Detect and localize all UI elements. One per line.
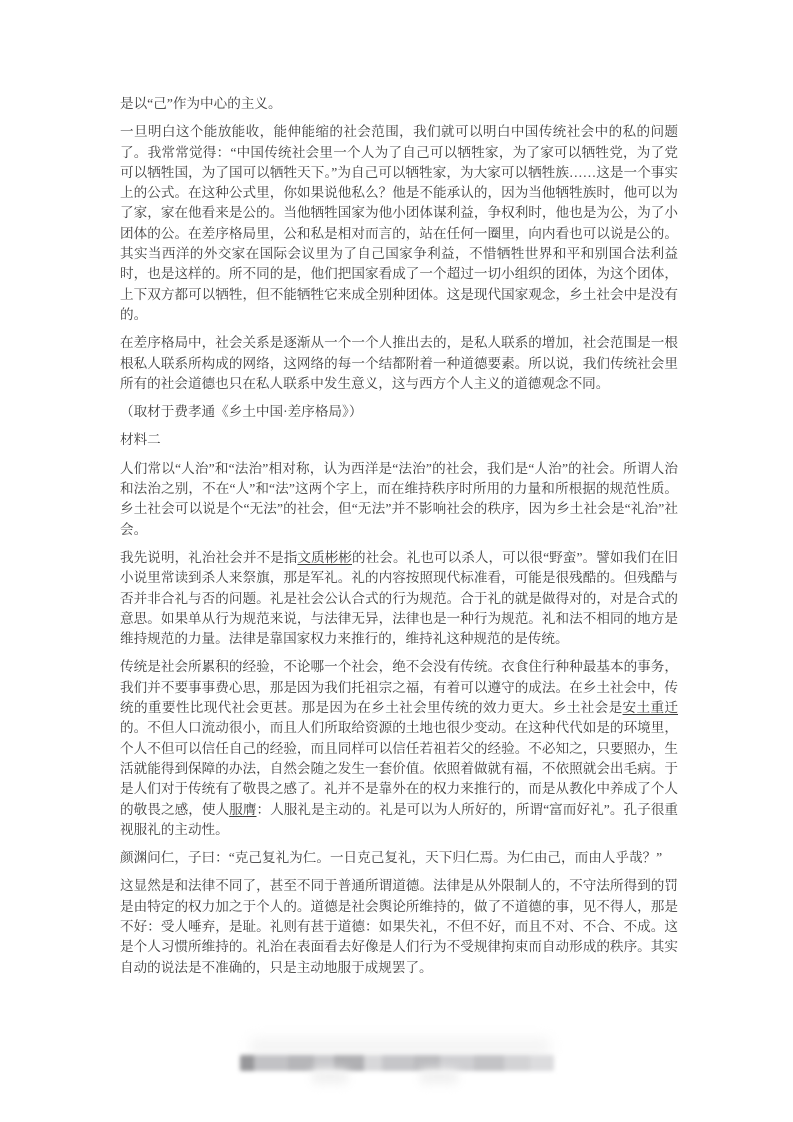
watermark-smudge: [420, 1069, 458, 1084]
text-segment: （取材于费孝通《乡土中国·差序格局》）: [120, 404, 362, 419]
paragraph: 这显然是和法律不同了，甚至不同于普通所谓道德。法律是从外限制人的，不守法所得到的…: [120, 876, 678, 977]
watermark-segment: [240, 1055, 254, 1071]
paragraph: 在差序格局中，社会关系是逐渐从一个一个人推出去的，是私人联系的增加，社会范围是一…: [120, 333, 678, 394]
attribution: （取材于费孝通《乡土中国·差序格局》）: [120, 402, 678, 422]
text-segment: 是以“己”作为中心的主义。: [120, 96, 282, 111]
material-heading: 材料二: [120, 430, 678, 450]
watermark-halo: [250, 1038, 550, 1056]
watermark-segment: [504, 1055, 530, 1071]
paragraph: 是以“己”作为中心的主义。: [120, 94, 678, 114]
watermark-segment: [382, 1055, 414, 1071]
text-segment: 一旦明白这个能放能收，能伸能缩的社会范围，我们就可以明白中国传统社会中的私的问题…: [120, 124, 678, 322]
underlined-term: 安土重迁: [623, 700, 678, 715]
redacted-watermark: [240, 1055, 554, 1071]
underlined-term: 服膺: [229, 802, 256, 817]
text-segment: 颜渊问仁，子曰：“克己复礼为仁。一日克己复礼，天下归仁焉。为仁由己，而由人乎哉？…: [120, 850, 662, 865]
watermark-segment: [474, 1055, 504, 1071]
watermark-segment: [254, 1055, 288, 1071]
watermark-segment: [288, 1055, 314, 1071]
paragraph: 一旦明白这个能放能收，能伸能缩的社会范围，我们就可以明白中国传统社会中的私的问题…: [120, 122, 678, 325]
text-segment: 人们常以“人治”和“法治”相对称，认为西洋是“法治”的社会，我们是“人治”的社会…: [120, 461, 678, 537]
watermark-smudge: [312, 1069, 348, 1084]
underlined-term: 文质彬彬: [297, 550, 352, 565]
text-segment: 在差序格局中，社会关系是逐渐从一个一个人推出去的，是私人联系的增加，社会范围是一…: [120, 335, 678, 391]
document-page: 是以“己”作为中心的主义。一旦明白这个能放能收，能伸能缩的社会范围，我们就可以明…: [0, 0, 793, 1122]
paragraph: 我先说明，礼治社会并不是指文质彬彬的社会。礼也可以杀人，可以很“野蛮”。譬如我们…: [120, 548, 678, 649]
document-content: 是以“己”作为中心的主义。一旦明白这个能放能收，能伸能缩的社会范围，我们就可以明…: [120, 94, 678, 986]
paragraph: 颜渊问仁，子曰：“克己复礼为仁。一日克己复礼，天下归仁焉。为仁由己，而由人乎哉？…: [120, 848, 678, 868]
text-segment: 我先说明，礼治社会并不是指: [120, 550, 297, 565]
text-segment: 这显然是和法律不同了，甚至不同于普通所谓道德。法律是从外限制人的，不守法所得到的…: [120, 878, 678, 974]
text-segment: 传统是社会所累积的经验，不论哪一个社会，绝不会没有传统。衣食住行种种最基本的事务…: [120, 659, 678, 715]
watermark-segment: [530, 1055, 554, 1071]
watermark-segment: [364, 1055, 382, 1071]
paragraph: 人们常以“人治”和“法治”相对称，认为西洋是“法治”的社会，我们是“人治”的社会…: [120, 459, 678, 540]
paragraph: 传统是社会所累积的经验，不论哪一个社会，绝不会没有传统。衣食住行种种最基本的事务…: [120, 657, 678, 840]
text-segment: 材料二: [120, 432, 161, 447]
